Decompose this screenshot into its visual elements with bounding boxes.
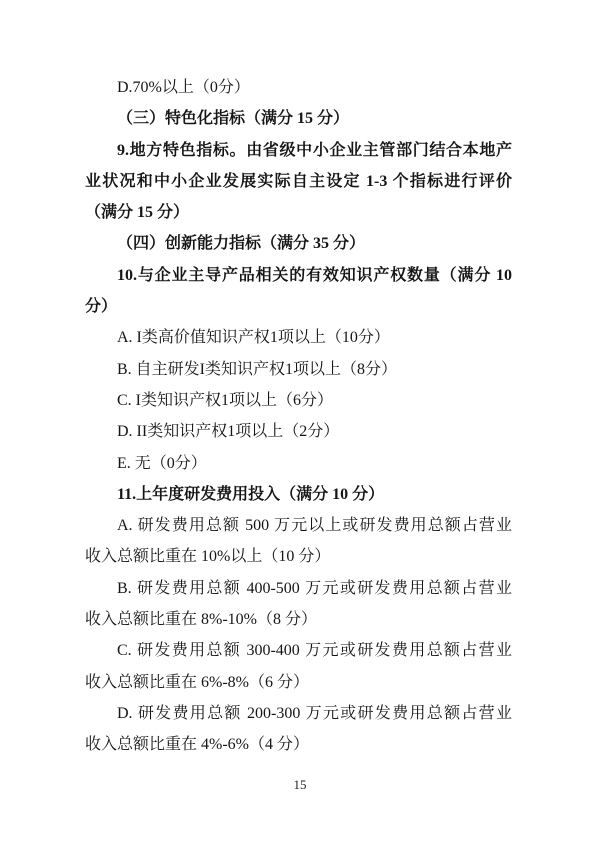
item-11-heading: 11.上年度研发费用投入（满分 10 分） xyxy=(85,479,512,510)
item-11-option-d-line-1: D. 研发费用总额 200-300 万元或研发费用总额占营业 xyxy=(85,698,512,729)
item-10-option-e: E. 无（0分） xyxy=(85,448,512,479)
item-9-line-3: （满分 15 分） xyxy=(85,197,512,228)
item-10-option-d: D. II类知识产权1项以上（2分） xyxy=(85,416,512,447)
page-number: 15 xyxy=(0,777,600,793)
document-page: D.70%以上（0分） （三）特色化指标（满分 15 分） 9.地方特色指标。由… xyxy=(0,0,600,848)
item-10-option-c: C. I类知识产权1项以上（6分） xyxy=(85,385,512,416)
item-11-option-c-line-2: 收入总额比重在 6%-8%（6 分） xyxy=(85,667,512,698)
document-body: D.70%以上（0分） （三）特色化指标（满分 15 分） 9.地方特色指标。由… xyxy=(85,72,512,761)
section-heading-4: （四）创新能力指标（满分 35 分） xyxy=(85,228,512,259)
item-10-option-b: B. 自主研发I类知识产权1项以上（8分） xyxy=(85,354,512,385)
item-11-option-b-line-2: 收入总额比重在 8%-10%（8 分） xyxy=(85,604,512,635)
item-11-option-a-line-2: 收入总额比重在 10%以上（10 分） xyxy=(85,541,512,572)
section-heading-3: （三）特色化指标（满分 15 分） xyxy=(85,103,512,134)
item-11-option-d-line-2: 收入总额比重在 4%-6%（4 分） xyxy=(85,729,512,760)
item-9-line-2: 业状况和中小企业发展实际自主设定 1-3 个指标进行评价 xyxy=(85,166,512,197)
item-11-option-a-line-1: A. 研发费用总额 500 万元以上或研发费用总额占营业 xyxy=(85,510,512,541)
item-10-heading-line-1: 10.与企业主导产品相关的有效知识产权数量（满分 10 xyxy=(85,260,512,291)
option-d-70pct: D.70%以上（0分） xyxy=(85,72,512,103)
item-10-heading-line-2: 分） xyxy=(85,291,512,322)
item-11-option-b-line-1: B. 研发费用总额 400-500 万元或研发费用总额占营业 xyxy=(85,573,512,604)
item-10-option-a: A. I类高价值知识产权1项以上（10分） xyxy=(85,322,512,353)
item-11-option-c-line-1: C. 研发费用总额 300-400 万元或研发费用总额占营业 xyxy=(85,635,512,666)
item-9-line-1: 9.地方特色指标。由省级中小企业主管部门结合本地产 xyxy=(85,135,512,166)
